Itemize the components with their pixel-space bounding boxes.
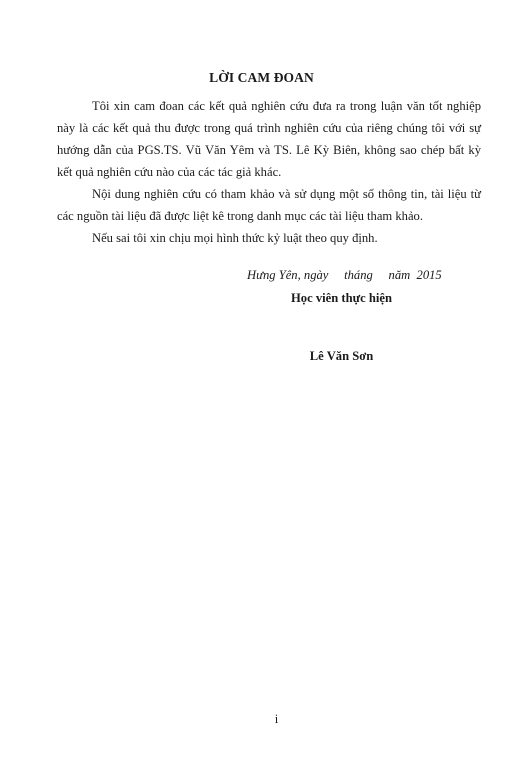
document-page: LỜI CAM ĐOAN Tôi xin cam đoan các kết qu… xyxy=(0,0,523,775)
date-line: Hưng Yên, ngày tháng năm 2015 xyxy=(247,268,442,283)
declaration-body: Tôi xin cam đoan các kết quả nghiên cứu … xyxy=(57,95,481,249)
paragraph-commitment: Tôi xin cam đoan các kết quả nghiên cứu … xyxy=(57,95,481,183)
paragraph-discipline: Nếu sai tôi xin chịu mọi hình thức kỷ lu… xyxy=(57,227,481,249)
paragraph-references: Nội dung nghiên cứu có tham khảo và sử d… xyxy=(57,183,481,227)
page-number: i xyxy=(0,712,523,727)
signer-name: Lê Văn Sơn xyxy=(0,349,523,364)
page-title: LỜI CAM ĐOAN xyxy=(0,70,523,86)
signer-role: Học viên thực hiện xyxy=(0,291,523,306)
